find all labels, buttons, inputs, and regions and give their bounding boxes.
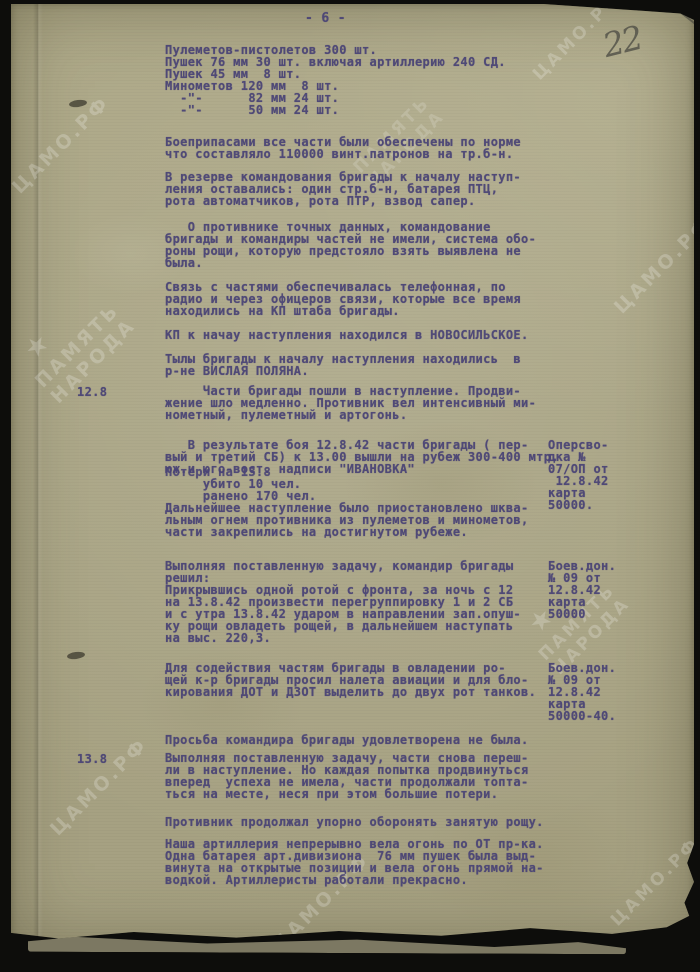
text-line: -"- 50 мм 24 шт.	[165, 104, 557, 116]
paragraph: В резерве командования бригады к началу …	[165, 171, 557, 207]
margin-note-line: 50000	[548, 608, 688, 620]
paragraphs: Пулеметов-пистолетов 300 шт.Пушек 76 мм …	[165, 44, 557, 886]
paragraph: Связь с частями обеспечивалась телефонна…	[165, 281, 557, 317]
margin-date: 12.8	[77, 385, 107, 399]
margin-note-line: 50000-40.	[548, 710, 688, 722]
paragraph: О противнике точных данных, командование…	[165, 221, 557, 269]
margin-note-line: 50000.	[548, 499, 688, 511]
punch-hole	[69, 99, 88, 108]
text-line: ться на месте, неся при этом большие пот…	[165, 788, 557, 800]
margin-note: Боев.дон.№ 09 от12.8.42карта50000	[548, 560, 688, 620]
watermark-camo: ЦАМО.РФ	[46, 734, 152, 840]
text-line: на выс. 220,3.	[165, 632, 557, 644]
paragraph: Боев.дон.№ 09 от12.8.42карта50000Выполня…	[165, 560, 557, 644]
paragraph: Боеприпасами все части были обеспечены п…	[165, 136, 557, 160]
star-icon: ★	[18, 276, 107, 365]
paragraph: Противник продолжал упорно оборонять зан…	[165, 816, 557, 828]
under-sheet-edge	[28, 937, 626, 955]
handwritten-page-number: 22	[599, 18, 645, 65]
paragraph: 12.8 Части бригады пошли в наступление. …	[165, 385, 557, 421]
text-line: рота автоматчиков, рота ПТР, взвод сапер…	[165, 195, 557, 207]
paragraph: Боев.дон.№ 09 от12.8.42карта50000-40.Для…	[165, 662, 557, 698]
text-line: Просьба командира бригады удовлетворена …	[165, 734, 557, 746]
pencil-mark	[677, 10, 700, 29]
fold-crease	[33, 4, 43, 948]
paragraph: 13.8Выполняя поставленную задачу, части …	[165, 752, 557, 800]
watermark-memory: ★ ПАМЯТЬ НАРОДА	[8, 276, 140, 408]
text-line: кирования ДОТ и ДЗОТ выделить до двух ро…	[165, 686, 557, 698]
paragraph: КП к начау наступления находился в НОВОС…	[165, 329, 557, 341]
paragraph: Тылы бригады к началу наступления находи…	[165, 353, 557, 377]
text-line: что составляло 110000 винт.патронов на т…	[165, 148, 557, 160]
text-line: Выполняя поставленную задачу, командир б…	[165, 560, 557, 572]
text-line: была.	[165, 257, 557, 269]
document-page: ЦАМО.РФ ★ ПАМЯТЬ НАРОДА ЦАМО.РФ ПАМЯТЬ Н…	[11, 4, 694, 948]
paragraph: Просьба командира бригады удовлетворена …	[165, 734, 557, 746]
paragraph: Оперсво-дка №07/ОП от 12.8.42карта50000.…	[165, 439, 557, 538]
paragraph: Пулеметов-пистолетов 300 шт.Пушек 76 мм …	[165, 44, 557, 116]
watermark-camo: ЦАМО.РФ	[610, 212, 700, 318]
text-line: нометный, пулеметный и артогонь.	[165, 409, 557, 421]
punch-hole	[67, 651, 86, 660]
margin-date: 13.8	[77, 752, 107, 766]
page-number: - 6 -	[305, 11, 346, 26]
text-line: водкой. Артиллеристы работали прекрасно.	[165, 874, 557, 886]
paragraph: Наша артиллерия непрерывно вела огонь по…	[165, 838, 557, 886]
margin-note: Оперсво-дка №07/ОП от 12.8.42карта50000.	[548, 439, 688, 511]
watermark-camo: ЦАМО.РФ	[8, 92, 114, 198]
text-line: Противник продолжал упорно оборонять зан…	[165, 816, 557, 828]
text-line: части закрепились на достигнутом рубеже.	[165, 526, 557, 538]
watermark-memory-line1: ПАМЯТЬ	[31, 299, 124, 392]
text-line: КП к начау наступления находился в НОВОС…	[165, 329, 557, 341]
margin-note: Боев.дон.№ 09 от12.8.42карта50000-40.	[548, 662, 688, 722]
watermark-camo: ЦАМО.РФ	[607, 834, 700, 931]
text-line: роны рощи, которую предстояло взять выяв…	[165, 245, 557, 257]
text-line: находились на КП штаба бригады.	[165, 305, 557, 317]
text-line: р-не ВИСЛАЯ ПОЛЯНА.	[165, 365, 557, 377]
